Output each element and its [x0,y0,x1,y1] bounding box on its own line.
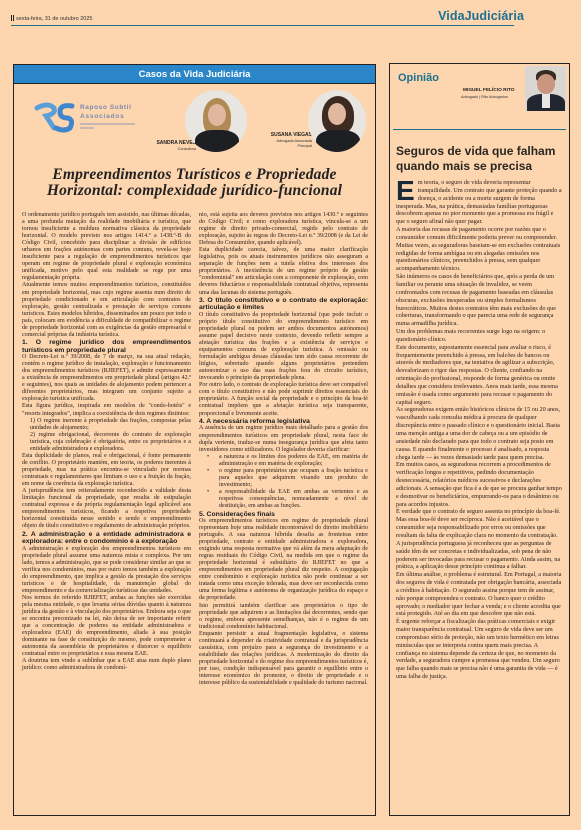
section-heading: 2. A administração e a entidade administ… [22,531,191,546]
section-heading: 4. A necessária reforma legislativa [199,418,368,425]
section-heading: 1. O regime jurídico dos empreendimentos… [22,339,191,354]
author-photo [525,66,566,111]
author-name: MIGUEL FELÍCIO RITO [463,88,515,93]
author-photo [308,90,366,152]
article-body: O ordenamento jurídico português tem ass… [22,212,368,687]
article-title: Empreendimentos Turísticos e Propriedade… [14,167,375,199]
list-item: o regime para proprietários que ocupam a… [207,468,368,489]
article-column-2: nio, está sujeita aos deveres previstos … [199,212,368,687]
author-role: Consultora [120,147,196,152]
opinion-article: Opinião MIGUEL FELÍCIO RITO Advogado | R… [389,63,570,816]
list-item: a natureza e os limites dos poderes da E… [207,454,368,468]
article-column-1: O ordenamento jurídico português tem ass… [22,212,191,687]
author-name: SUSANA VIEGAS [239,132,312,138]
page-header: sexta-feira, 31 de outubro 2025 VidaJudi… [11,8,514,26]
author-name: SANDRA NEVES [120,140,196,146]
author-role: Advogado | Rito Advogados [461,95,508,99]
opinion-header: Opinião MIGUEL FELÍCIO RITO Advogado | R… [393,64,566,130]
authors-strip: Raposo Subtil Associados SANDRA NEVES Co… [14,84,375,158]
publication-brand: VidaJudiciária [438,9,524,23]
case-article: Casos da Vida Judiciária Raposo Subtil A… [13,64,376,816]
bullet-list: a natureza e os limites dos poderes da E… [199,454,368,510]
author-photo [185,90,247,152]
list-item: a responsabilidade da EAE em ambas as ve… [207,489,368,510]
author-role: Principal [239,144,312,149]
section-label: Opinião [398,72,439,84]
drop-cap: E [396,180,415,202]
rs-logo-icon [34,100,76,134]
section-banner: Casos da Vida Judiciária [14,65,375,84]
section-heading: 3. O título constitutivo e o contrato de… [199,297,368,312]
opinion-title: Seguros de vida que falham quando mais s… [396,144,563,173]
issue-date: sexta-feira, 31 de outubro 2025 [11,15,92,22]
opinion-body: Em teoria, o seguro de vida deveria repr… [396,179,563,681]
section-heading: 5. Considerações finais [199,511,368,518]
section-bars-icon [11,15,14,21]
